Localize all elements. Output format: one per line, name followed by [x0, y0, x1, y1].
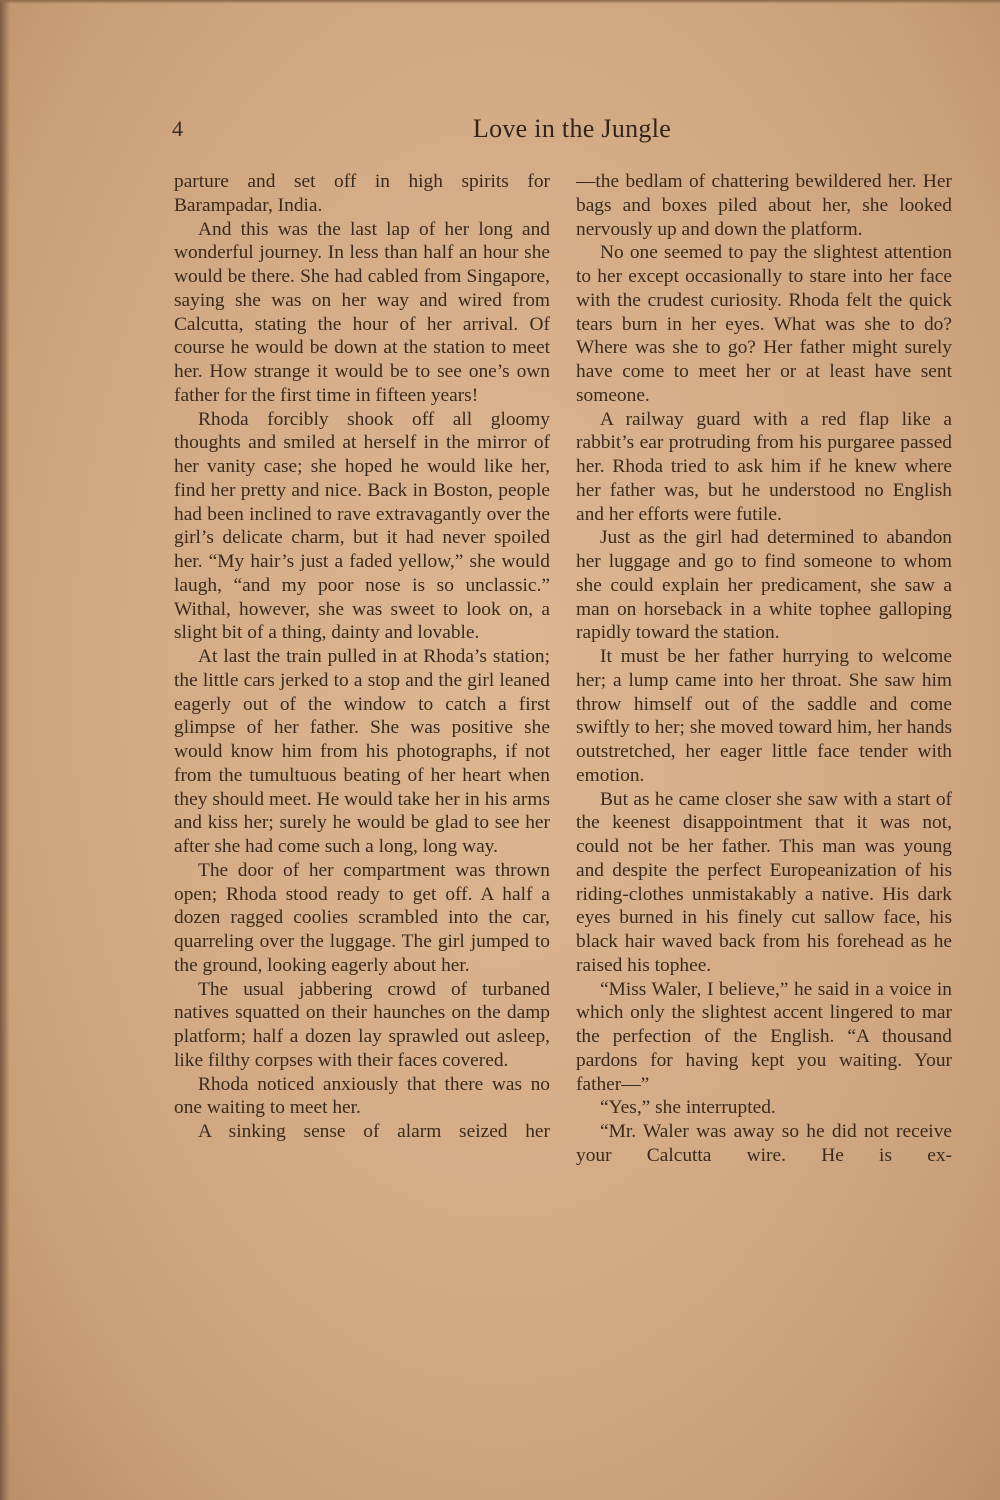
paragraph: “Mr. Waler was away so he did not receiv…	[576, 1120, 952, 1168]
paragraph: A railway guard with a red flap like a r…	[576, 408, 952, 527]
page-binding-edge	[0, 0, 10, 1500]
paragraph: At last the train pulled in at Rhoda’s s…	[174, 645, 550, 859]
paragraph: Rhoda noticed anxiously that there was n…	[174, 1073, 550, 1121]
text-column-right: —the bedlam of chattering bewildered her…	[576, 170, 952, 1168]
page-top-edge	[0, 0, 1000, 4]
paragraph: Rhoda forcibly shook off all gloomy thou…	[174, 408, 550, 646]
paragraph: —the bedlam of chattering bewildered her…	[576, 170, 952, 241]
paragraph: Just as the girl had determined to aband…	[576, 526, 952, 645]
paragraph: It must be her father hurrying to welcom…	[576, 645, 952, 788]
paragraph: “Yes,” she interrupted.	[576, 1096, 952, 1120]
paragraph: But as he came closer she saw with a sta…	[576, 788, 952, 978]
running-title: Love in the Jungle	[172, 114, 952, 144]
paragraph: A sinking sense of alarm seized her	[174, 1120, 550, 1144]
page-header: 4 Love in the Jungle	[172, 112, 952, 152]
paragraph: The door of her compartment was thrown o…	[174, 859, 550, 978]
book-page: 4 Love in the Jungle parture and set off…	[0, 0, 1000, 1500]
text-column-left: parture and set off in high spirits for …	[174, 170, 550, 1144]
paragraph: And this was the last lap of her long an…	[174, 218, 550, 408]
paragraph: No one seemed to pay the slightest atten…	[576, 241, 952, 407]
paragraph: “Miss Waler, I believe,” he said in a vo…	[576, 978, 952, 1097]
paragraph: The usual jabbering crowd of turbaned na…	[174, 978, 550, 1073]
paragraph: parture and set off in high spirits for …	[174, 170, 550, 218]
